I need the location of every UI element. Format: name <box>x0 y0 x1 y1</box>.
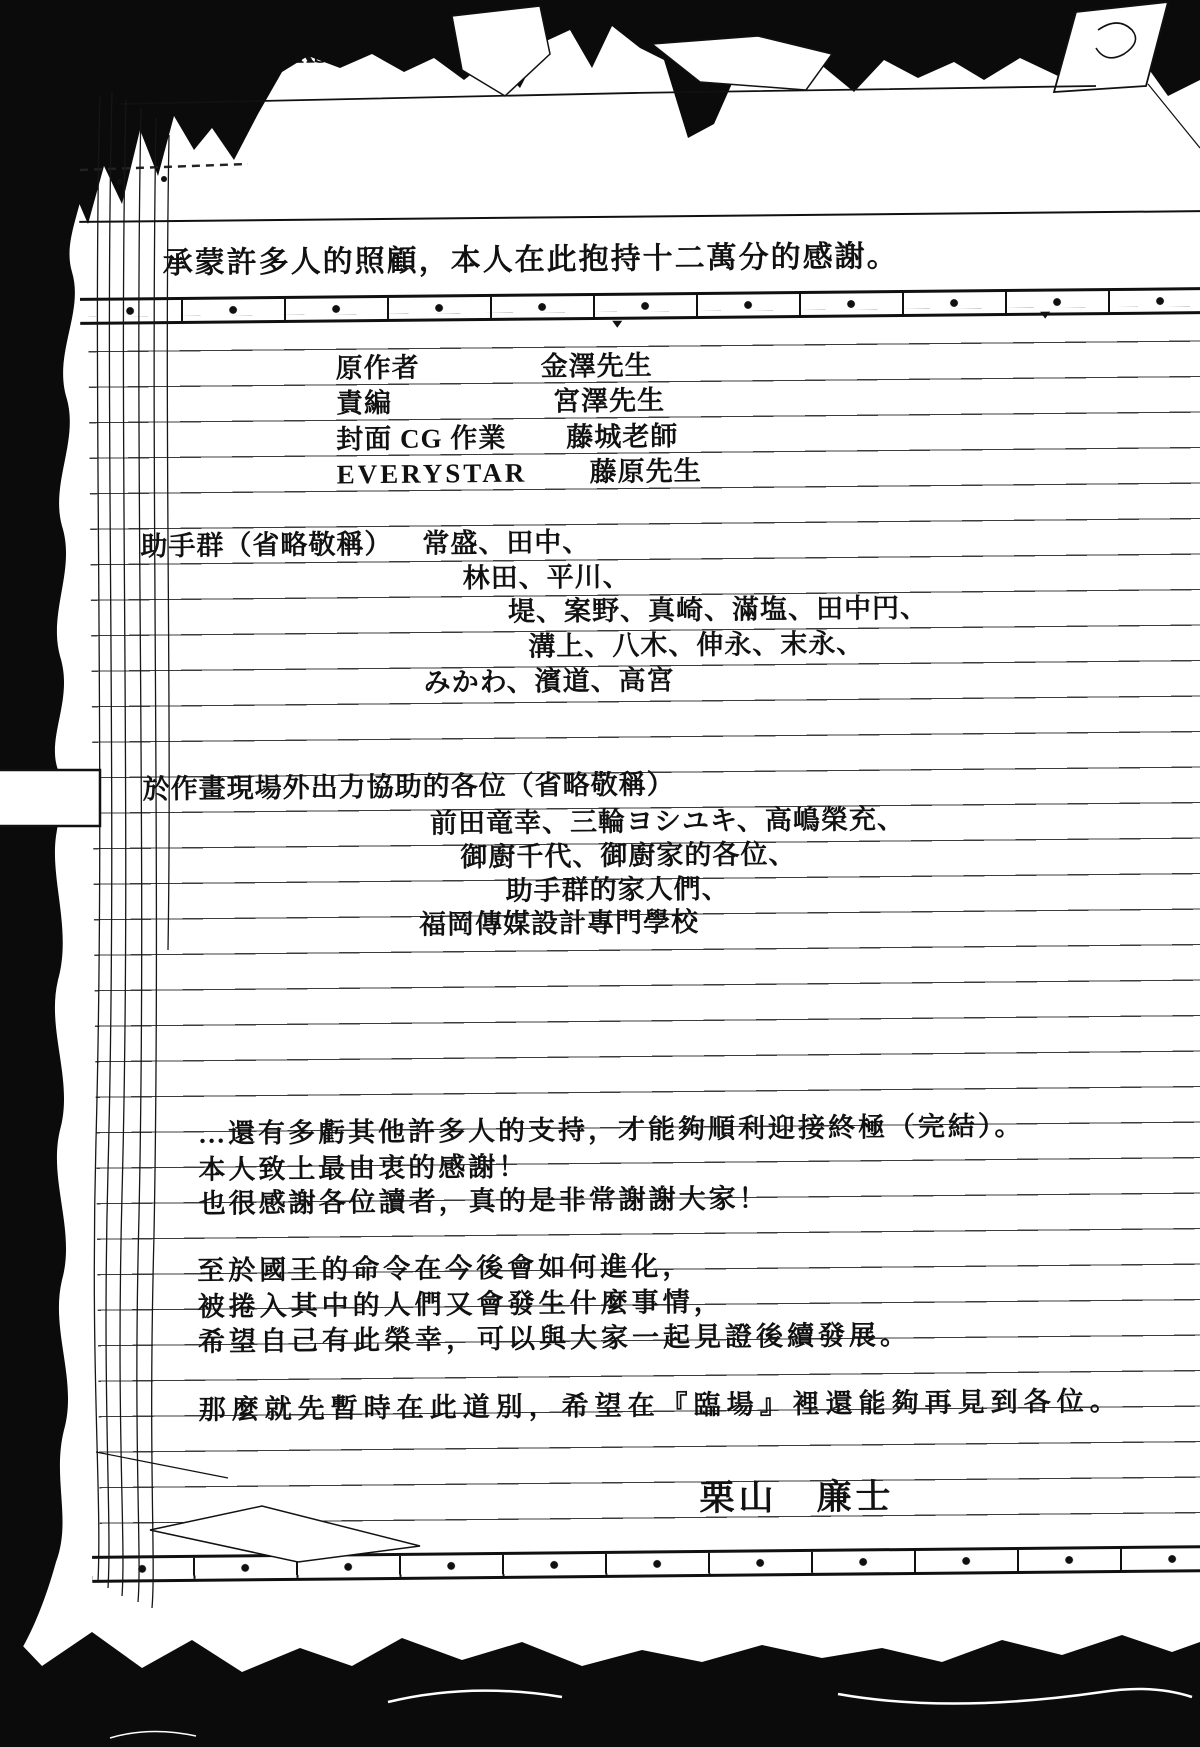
credit-name: 金澤先生 <box>541 351 653 382</box>
credit-role: 原作者 <box>336 354 420 384</box>
credit-role: EVERYSTAR <box>337 459 528 491</box>
credit-name: 藤城老師 <box>566 422 678 453</box>
closing-line: 也很感謝各位讀者，真的是非常謝謝大家！ <box>199 1184 769 1219</box>
closing-line: 至於國王的命令在今後會如何進化， <box>197 1252 693 1286</box>
author-signature: 栗山 廉士 <box>699 1478 894 1518</box>
assistants-names: 林田、平川、 <box>463 563 631 594</box>
supporters-names: 助手群的家人們、 <box>506 875 730 907</box>
tick-mark <box>1040 312 1050 324</box>
credit-name: 宮澤先生 <box>553 386 665 417</box>
credit-role: 封面 CG 作業 <box>336 424 506 455</box>
horizontal-rule <box>79 210 1200 223</box>
tick-mark <box>612 321 622 333</box>
supporters-names: 御廚千代、御廚家的各位、 <box>460 840 796 873</box>
closing-line: 本人致上最由衷的感謝！ <box>198 1153 528 1186</box>
assistants-names: みかわ、濱道、高宮 <box>424 666 675 698</box>
credit-role: 責編 <box>336 389 392 419</box>
closing-line: 被捲入其中的人們又會發生什麼事情， <box>198 1288 725 1323</box>
supporters-names: 福岡傳媒設計專門學校 <box>419 908 699 940</box>
paper-sheet: SpecialThanks 承蒙許多人的照顧，本人在此抱持十二萬分的感謝。 原作… <box>0 0 1200 1747</box>
assistants-names: 溝上、八木、伸永、末永、 <box>528 629 864 662</box>
heading-gratitude: 承蒙許多人的照顧，本人在此抱持十二萬分的感謝。 <box>162 240 898 280</box>
assistants-names: 堤、案野、真崎、滿塩、田中円、 <box>508 594 928 628</box>
page-title: SpecialThanks <box>107 32 327 75</box>
manga-thanks-page: SpecialThanks 承蒙許多人的照顧，本人在此抱持十二萬分的感謝。 原作… <box>0 0 1200 1747</box>
assistants-names: 常盛、田中、 <box>422 528 590 559</box>
supporters-label: 於作畫現場外出力協助的各位（省略敬稱） <box>143 770 675 805</box>
dotted-divider-bottom <box>92 1545 1200 1583</box>
credit-name: 藤原先生 <box>590 457 702 488</box>
assistants-label: 助手群（省略敬稱） <box>140 530 392 562</box>
supporters-names: 前田竜幸、三輪ヨシユキ、高嶋榮充、 <box>430 805 905 839</box>
